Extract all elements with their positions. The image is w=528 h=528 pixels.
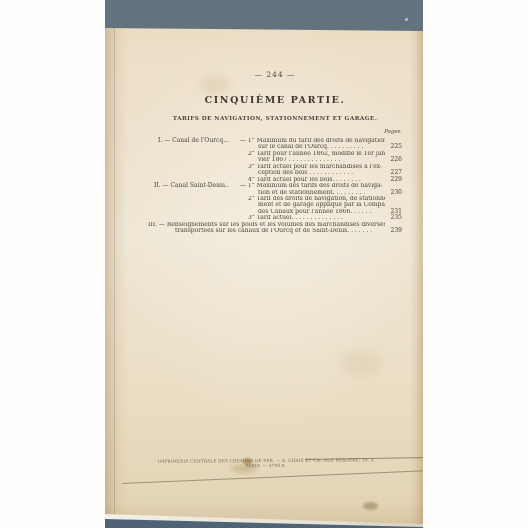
- part-title: CINQUIÈME PARTIE.: [148, 95, 402, 106]
- scanned-book-photo: — 244 — CINQUIÈME PARTIE. TARIFS DE NAVI…: [0, 0, 528, 528]
- toc-entry-text: transportées sur les canaux de l'Ourcq e…: [148, 228, 385, 234]
- printer-imprint: IMPRIMERIE CENTRALE DES CHEMINS DE FER. …: [150, 457, 382, 469]
- table-of-contents: I. — Canal de l'Ourcq...— 1° Maximum du …: [148, 138, 402, 235]
- folio-page-number: — 244 —: [148, 70, 402, 79]
- toc-page-number: 239: [385, 228, 402, 234]
- part-subtitle: TARIFS DE NAVIGATION, STATIONNEMENT ET G…: [148, 116, 402, 122]
- pages-column-header: Pages.: [148, 129, 402, 135]
- toc-row: transportées sur les canaux de l'Ourcq e…: [148, 228, 402, 234]
- printed-text-layer: — 244 — CINQUIÈME PARTIE. TARIFS DE NAVI…: [0, 0, 528, 528]
